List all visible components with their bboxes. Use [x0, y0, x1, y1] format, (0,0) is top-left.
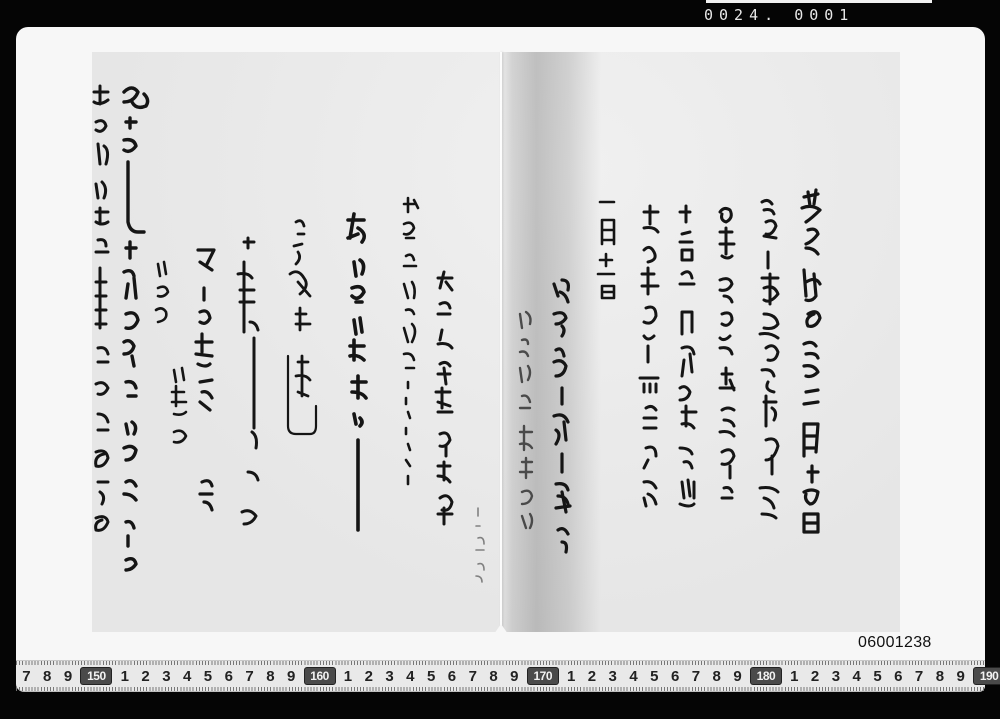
- ruler-label: 5: [421, 668, 442, 685]
- text-column-12: [348, 214, 366, 530]
- ruler-label: 6: [665, 668, 686, 685]
- ruler-label: 8: [37, 668, 58, 685]
- ruler-label: 1: [114, 668, 135, 685]
- ruler-labels: 7891501234567891601234567891701234567891…: [16, 665, 985, 687]
- text-column-13-signature: [288, 221, 316, 434]
- text-column-5: [640, 206, 658, 506]
- ruler-label: 9: [281, 668, 302, 685]
- ruler-label: 1: [784, 668, 805, 685]
- ruler-label: 6: [888, 668, 909, 685]
- ruler-label: 2: [582, 668, 603, 685]
- ruler-label: 3: [826, 668, 847, 685]
- text-column-18: [94, 86, 108, 530]
- text-column-14: [238, 238, 258, 524]
- text-column-10: [436, 272, 452, 524]
- measurement-ruler: 7891501234567891601234567891701234567891…: [16, 660, 985, 692]
- ruler-major-label: 160: [304, 667, 336, 685]
- ruler-label: 4: [846, 668, 867, 685]
- text-column-11: [404, 198, 418, 484]
- ruler-label: 8: [483, 668, 504, 685]
- ruler-label: 3: [379, 668, 400, 685]
- ruler-ticks: [16, 687, 985, 691]
- ruler-label: 6: [218, 668, 239, 685]
- ruler-label: 6: [442, 668, 463, 685]
- catalog-number: 06001238: [858, 634, 932, 652]
- frame-number: 0001: [794, 6, 854, 24]
- ruler-label: 5: [867, 668, 888, 685]
- text-column-3: [720, 208, 734, 498]
- ruler-label: 7: [16, 668, 37, 685]
- text-column-8: [520, 312, 532, 528]
- text-column-4: [680, 206, 696, 506]
- ruler-label: 2: [805, 668, 826, 685]
- text-column-17: [124, 88, 148, 570]
- ruler-label: 7: [909, 668, 930, 685]
- ruler-major-label: 180: [750, 667, 782, 685]
- text-column-15: [196, 250, 214, 510]
- ruler-label: 2: [358, 668, 379, 685]
- text-column-6-date: [598, 202, 614, 298]
- ruler-label: 7: [239, 668, 260, 685]
- ruler-major-label: 190: [973, 667, 1000, 685]
- ruler-label: 1: [561, 668, 582, 685]
- ruler-label: 5: [644, 668, 665, 685]
- ruler-label: 9: [727, 668, 748, 685]
- text-column-7: [554, 280, 570, 552]
- ruler-major-label: 170: [527, 667, 559, 685]
- ruler-label: 8: [929, 668, 950, 685]
- frame-counter: 0024. 0001: [704, 6, 854, 24]
- ruler-label: 3: [602, 668, 623, 685]
- ruler-label: 8: [260, 668, 281, 685]
- ruler-label: 4: [177, 668, 198, 685]
- manuscript-spread: [92, 52, 900, 632]
- text-column-2: [760, 200, 778, 518]
- ruler-label: 9: [58, 668, 79, 685]
- ruler-label: 5: [198, 668, 219, 685]
- reel-number: 0024.: [704, 6, 779, 24]
- ruler-label: 7: [462, 668, 483, 685]
- text-column-16: [156, 262, 186, 442]
- ruler-label: 3: [156, 668, 177, 685]
- ruler-label: 4: [400, 668, 421, 685]
- ruler-label: 4: [623, 668, 644, 685]
- ruler-label: 9: [950, 668, 971, 685]
- text-column-9-annotation: [476, 508, 484, 582]
- ruler-label: 2: [135, 668, 156, 685]
- film-edge-strip: [706, 0, 932, 3]
- ruler-label: 1: [338, 668, 359, 685]
- ruler-major-label: 150: [80, 667, 112, 685]
- ruler-label: 7: [686, 668, 707, 685]
- ruler-label: 8: [706, 668, 727, 685]
- ruler-label: 9: [504, 668, 525, 685]
- text-column-1: [802, 190, 820, 532]
- handwriting-layer: [92, 52, 900, 632]
